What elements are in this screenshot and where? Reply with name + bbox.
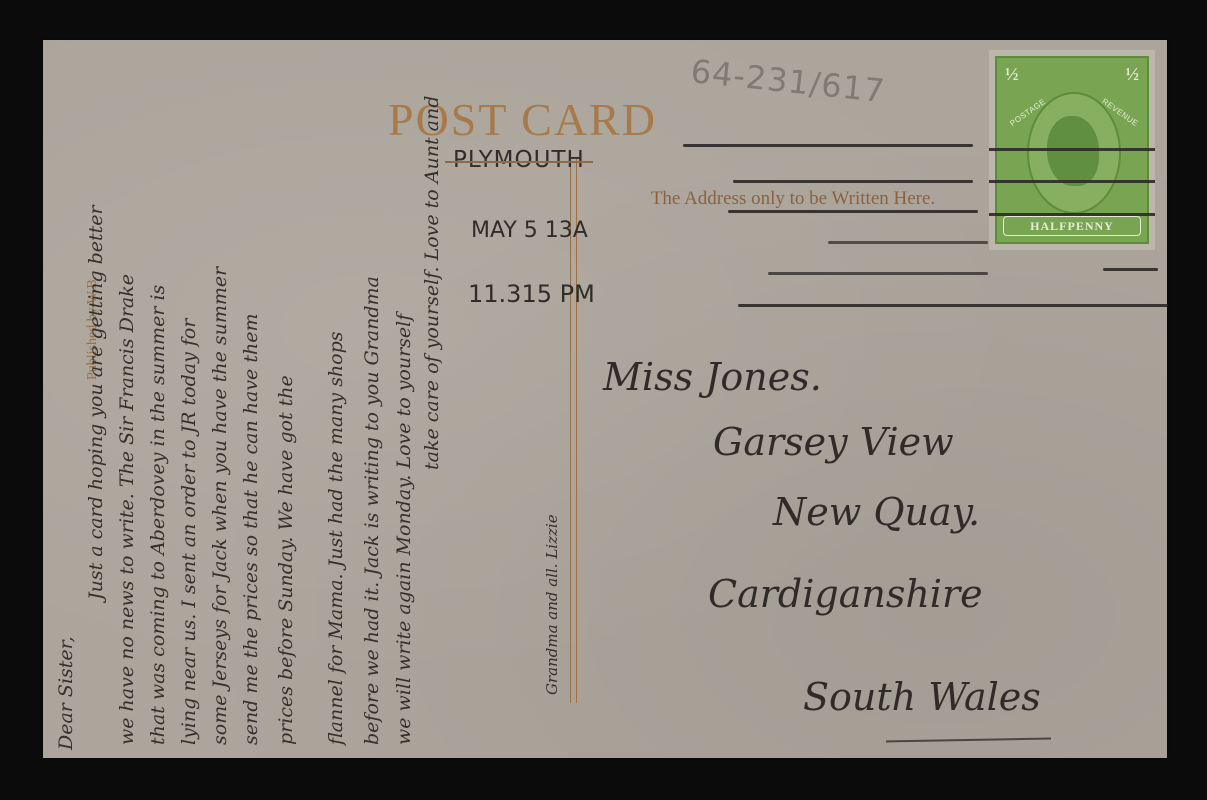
address-line-house: Garsey View xyxy=(713,420,954,464)
message-line: take care of yourself. Love to Aunt and xyxy=(421,96,443,470)
message-line: we will write again Monday. Love to your… xyxy=(393,314,415,745)
message-line: Dear Sister, xyxy=(55,636,77,750)
postage-stamp: ½ ½ POSTAGE REVENUE HALFPENNY xyxy=(989,50,1155,250)
archive-number: 64-231/617 xyxy=(689,52,887,110)
address-line-county: Cardiganshire xyxy=(708,572,983,616)
handwritten-message: Dear Sister, Just a card hoping you are … xyxy=(43,40,583,758)
message-line: some Jerseys for Jack when you have the … xyxy=(209,267,231,745)
stamp-value-left: ½ xyxy=(1005,64,1019,85)
message-line: we have no news to write. The Sir Franci… xyxy=(116,274,138,745)
message-line: Grandma and all. Lizzie xyxy=(543,514,561,695)
message-line: Just a card hoping you are getting bette… xyxy=(85,205,107,600)
message-line: send me the prices so that he can have t… xyxy=(240,314,262,745)
message-line: flannel for Mama. Just had the many shop… xyxy=(325,331,347,745)
stamp-denomination: HALFPENNY xyxy=(1003,216,1141,236)
address-line-name: Miss Jones. xyxy=(603,355,822,399)
king-portrait-icon xyxy=(1027,92,1121,214)
address-line-town: New Quay. xyxy=(773,490,980,534)
message-line: before we had it. Jack is writing to you… xyxy=(361,276,383,745)
message-line: prices before Sunday. We have got the xyxy=(275,375,297,745)
address-underline xyxy=(886,738,1051,743)
address-line-country: South Wales xyxy=(803,675,1041,719)
postcard: POST CARD 64-231/617 The Address only to… xyxy=(43,40,1167,758)
stamp-value-right: ½ xyxy=(1126,64,1140,85)
message-line: lying near us. I sent an order to JR tod… xyxy=(178,319,200,745)
message-line: that was coming to Aberdovey in the summ… xyxy=(147,285,169,745)
